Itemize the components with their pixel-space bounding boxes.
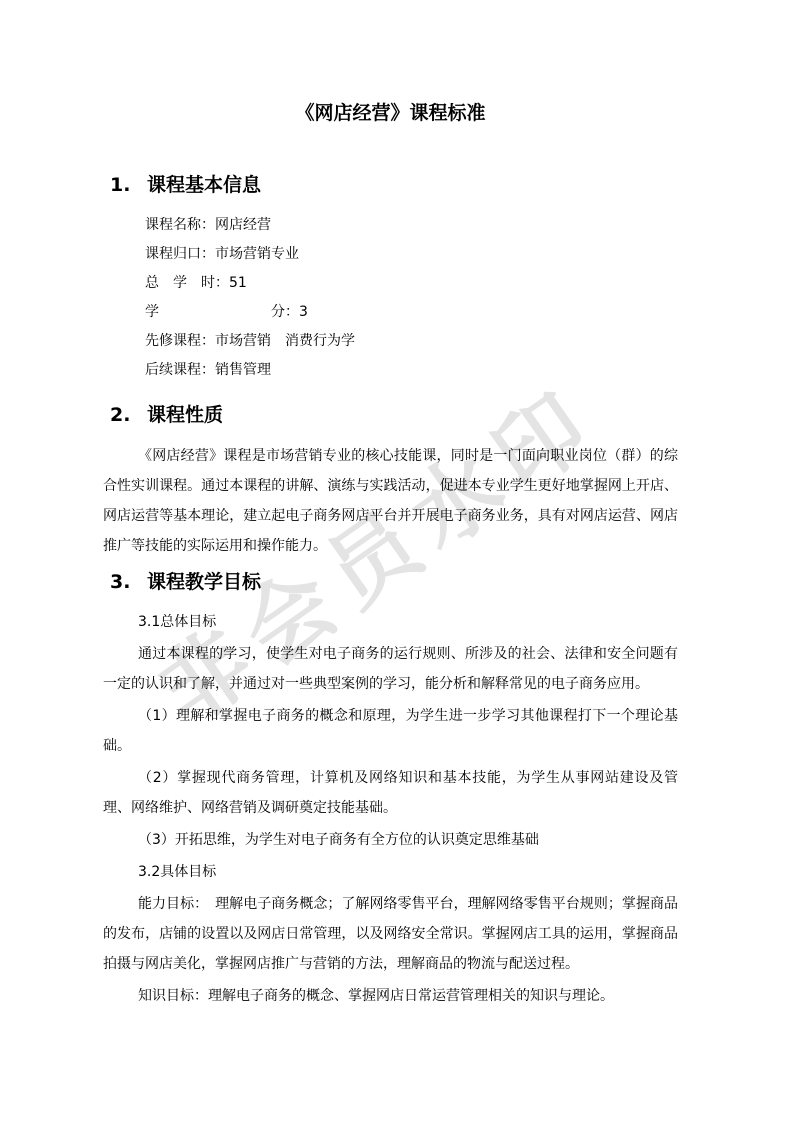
section-3-title: 课程教学目标 — [147, 570, 261, 595]
document-page: 非会员水印 《网店经营》课程标准 1. 课程基本信息 课程名称：网店经营 课程归… — [0, 0, 793, 1122]
section-1-heading: 1. 课程基本信息 — [110, 173, 678, 198]
info-line-total-hours: 总 学 时：51 — [145, 269, 678, 298]
section-1-number: 1. — [110, 173, 147, 198]
section-3-heading: 3. 课程教学目标 — [110, 570, 678, 595]
overall-objective-paragraph: 通过本课程的学习，使学生对电子商务的运行规则、所涉及的社会、法律和安全问题有一定… — [103, 639, 678, 699]
ability-objective-paragraph: 能力目标： 理解电子商务概念；了解网络零售平台，理解网络零售平台规则；掌握商品的… — [103, 889, 678, 979]
info-line-follow-up: 后续课程：销售管理 — [145, 356, 678, 385]
document-title: 《网店经营》课程标准 — [103, 0, 678, 128]
objective-item-1: （1）理解和掌握电子商务的概念和原理，为学生进一步学习其他课程打下一个理论基础。 — [103, 701, 678, 761]
info-line-course-name: 课程名称：网店经营 — [145, 211, 678, 240]
section-2-title: 课程性质 — [147, 403, 223, 428]
info-line-credits: 学 分：3 — [145, 298, 678, 327]
section-3-number: 3. — [110, 570, 147, 595]
section-1-title: 课程基本信息 — [147, 173, 261, 198]
course-nature-paragraph: 《网店经营》课程是市场营销专业的核心技能课，同时是一门面向职业岗位（群）的综合性… — [103, 441, 678, 561]
teaching-objectives-body: 3.1总体目标 通过本课程的学习，使学生对电子商务的运行规则、所涉及的社会、法律… — [103, 607, 678, 1011]
course-info-list: 课程名称：网店经营 课程归口：市场营销专业 总 学 时：51 学 分：3 先修课… — [145, 211, 678, 385]
objective-item-2: （2）掌握现代商务管理，计算机及网络知识和基本技能，为学生从事网站建设及管理、网… — [103, 763, 678, 823]
section-2-number: 2. — [110, 403, 147, 428]
info-line-prerequisites: 先修课程：市场营销 消费行为学 — [145, 327, 678, 356]
document-content: 《网店经营》课程标准 1. 课程基本信息 课程名称：网店经营 课程归口：市场营销… — [0, 0, 793, 1011]
knowledge-objective-paragraph: 知识目标：理解电子商务的概念、掌握网店日常运营管理相关的知识与理论。 — [103, 981, 678, 1011]
section-2-heading: 2. 课程性质 — [110, 403, 678, 428]
subsection-3-1-heading: 3.1总体目标 — [103, 607, 678, 637]
info-line-course-owner: 课程归口：市场营销专业 — [145, 240, 678, 269]
subsection-3-2-heading: 3.2具体目标 — [103, 857, 678, 887]
objective-item-3: （3）开拓思维，为学生对电子商务有全方位的认识奠定思维基础 — [103, 825, 678, 855]
